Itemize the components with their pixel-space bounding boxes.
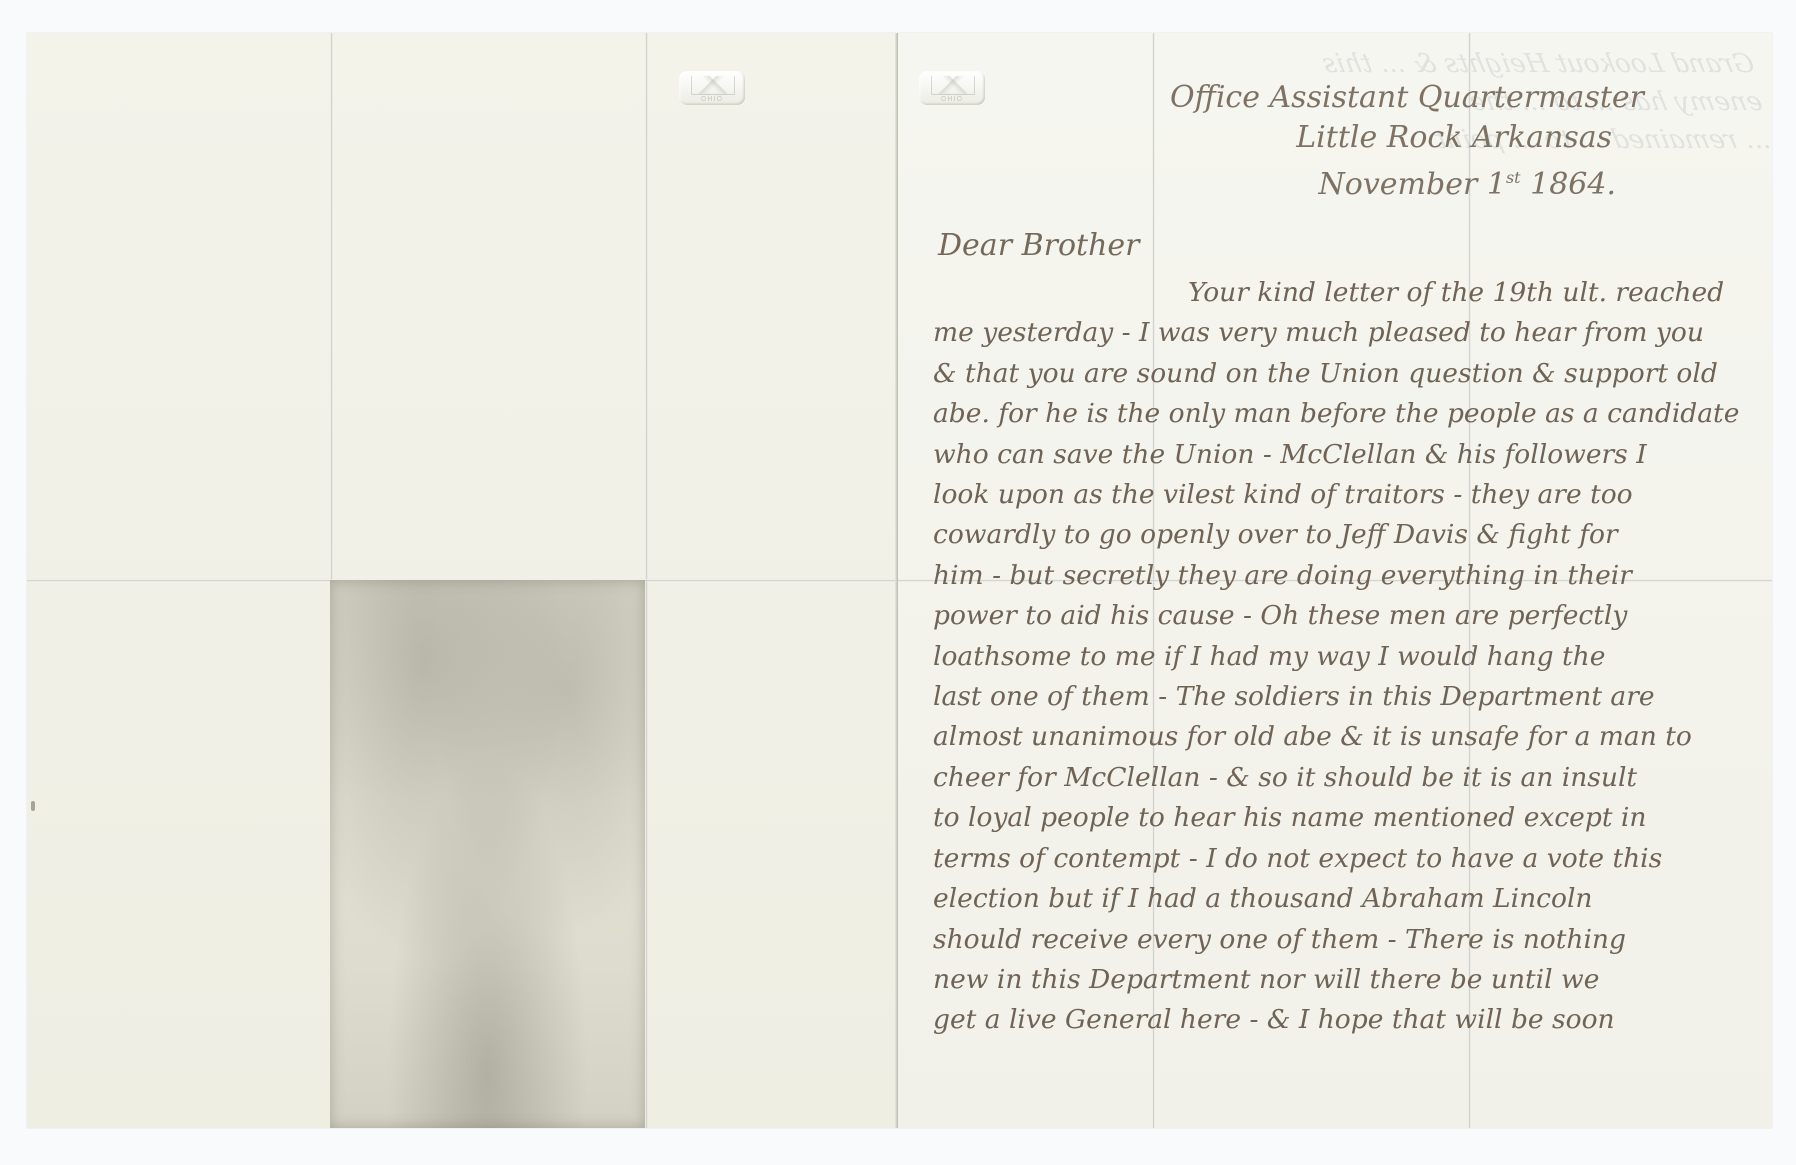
letter-line: cowardly to go openly over to Jeff Davis… xyxy=(933,515,1753,555)
embossed-stamp-icon: OHIO xyxy=(919,71,985,105)
letter-date: November 1st 1864. xyxy=(1170,158,1616,205)
letterhead-location: Little Rock Arkansas xyxy=(1170,118,1612,158)
letterhead-office: Office Assistant Quartermaster xyxy=(1170,78,1644,118)
letter-line: last one of them - The soldiers in this … xyxy=(933,677,1753,717)
letter-body: Your kind letter of the 19th ult. reache… xyxy=(933,273,1753,1041)
letter-line: terms of contempt - I do not expect to h… xyxy=(933,839,1753,879)
letter-line: get a live General here - & I hope that … xyxy=(933,1000,1753,1040)
letter-line: me yesterday - I was very much pleased t… xyxy=(933,313,1753,353)
letter-line: loathsome to me if I had my way I would … xyxy=(933,637,1753,677)
letter-line: who can save the Union - McClellan & his… xyxy=(933,435,1753,475)
letter-line: almost unanimous for old abe & it is uns… xyxy=(933,717,1753,757)
embossed-stamp-icon: OHIO xyxy=(679,71,745,105)
soiled-address-panel xyxy=(330,580,645,1128)
salutation: Dear Brother xyxy=(938,228,1140,263)
letter-line: cheer for McClellan - & so it should be … xyxy=(933,758,1753,798)
letter-line: election but if I had a thousand Abraham… xyxy=(933,879,1753,919)
letter-line: him - but secretly they are doing everyt… xyxy=(933,556,1753,596)
letter-line: new in this Department nor will there be… xyxy=(933,960,1753,1000)
right-page-letter: OHIO Grand Lookout Heights & ... this en… xyxy=(898,33,1772,1128)
letterhead: Office Assistant Quartermaster Little Ro… xyxy=(1170,78,1652,205)
paper-blemish xyxy=(31,801,35,811)
letter-line: Your kind letter of the 19th ult. reache… xyxy=(933,273,1753,313)
letter-line: look upon as the vilest kind of traitors… xyxy=(933,475,1753,515)
letter-line: should receive every one of them - There… xyxy=(933,920,1753,960)
letter-sheet: OHIO OHIO Grand Lookout Heights & ... th… xyxy=(27,33,1772,1128)
left-page-blank: OHIO xyxy=(27,33,898,1128)
letter-line: to loyal people to hear his name mention… xyxy=(933,798,1753,838)
letter-line: & that you are sound on the Union questi… xyxy=(933,354,1753,394)
letter-line: power to aid his cause - Oh these men ar… xyxy=(933,596,1753,636)
letter-line: abe. for he is the only man before the p… xyxy=(933,394,1753,434)
